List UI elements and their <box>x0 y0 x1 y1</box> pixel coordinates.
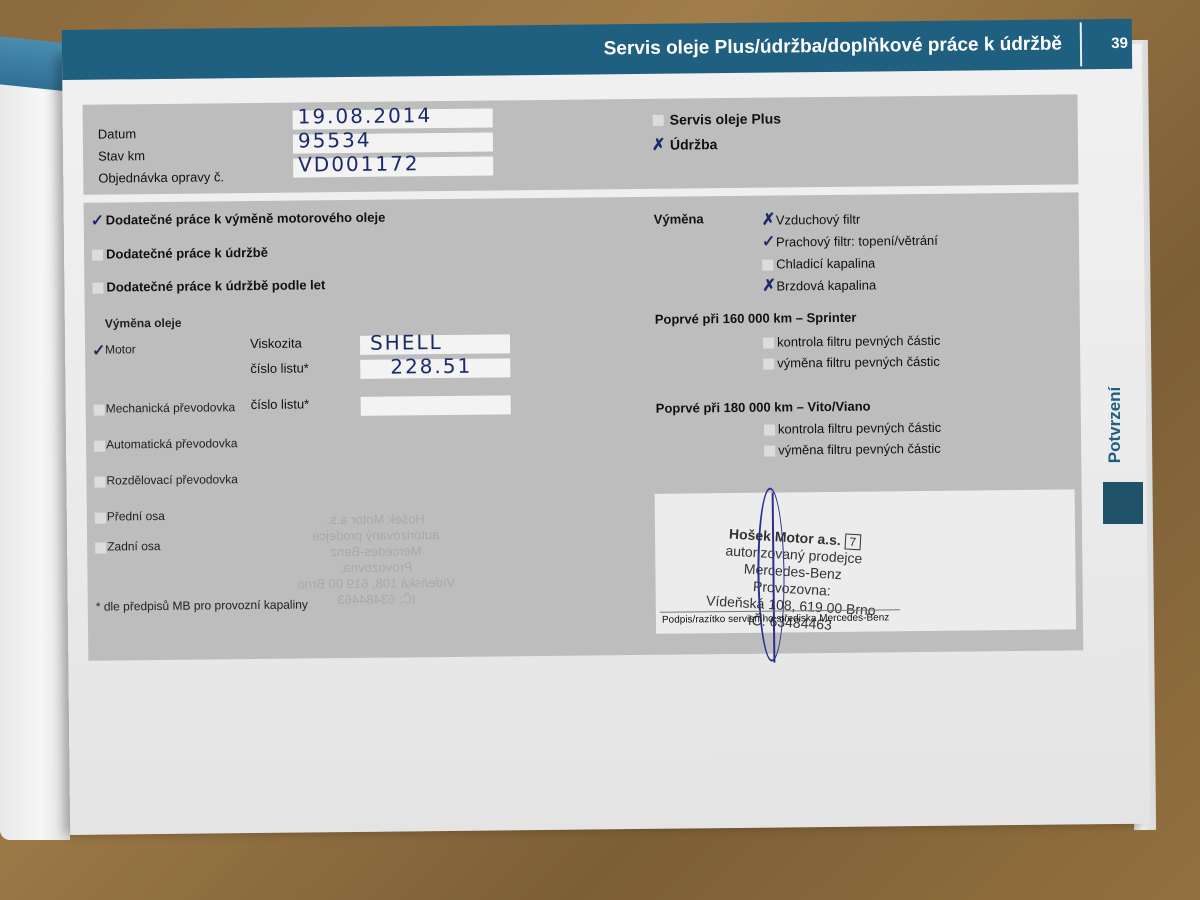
checkmark-icon[interactable]: ✓ <box>762 236 776 250</box>
sheet-value: 228.51 <box>390 357 472 377</box>
checkmark-icon[interactable]: ✓ <box>91 215 105 229</box>
gearbox-sheet-field[interactable] <box>361 395 511 416</box>
side-tab-marker <box>1103 482 1143 524</box>
brake-fluid-label: Brzdová kapalina <box>776 277 876 293</box>
front-axle-label: Přední osa <box>107 509 165 524</box>
sheet-label: číslo listu* <box>250 360 309 376</box>
viscosity-label: Viskozita <box>250 336 302 352</box>
additional-work-maintenance-label: Dodatečné práce k údržbě <box>106 245 268 262</box>
coolant-label: Chladicí kapalina <box>776 255 875 271</box>
checkmark-icon[interactable]: ✗ <box>762 280 776 294</box>
checkbox-additional-maintenance[interactable] <box>92 250 103 261</box>
cabin-filter-label: Prachový filtr: topení/větrání <box>776 233 938 250</box>
transfer-case-label: Rozdělovací převodovka <box>106 472 238 487</box>
side-tab-label: Potvrzení <box>1105 387 1125 464</box>
oil-change-title: Výměna oleje <box>105 316 182 331</box>
checkbox-vito-dpf-check[interactable] <box>764 425 775 436</box>
left-page <box>0 60 70 840</box>
date-label: Datum <box>98 126 136 141</box>
udrzba-label: Údržba <box>670 136 718 152</box>
order-label: Objednávka opravy č. <box>98 169 224 185</box>
stamp-box-number: 7 <box>844 533 861 550</box>
footnote: * dle předpisů MB pro provozní kapaliny <box>96 597 308 613</box>
checkbox-vito-dpf-replace[interactable] <box>764 446 775 457</box>
left-page-header-strip <box>0 36 70 91</box>
replacement-title: Výměna <box>654 211 704 227</box>
additional-work-years-label: Dodatečné práce k údržbě podle let <box>106 277 325 294</box>
checkmark-icon[interactable]: ✓ <box>92 345 106 359</box>
page-title: Servis oleje Plus/údržba/doplňkové práce… <box>603 25 1062 70</box>
mechanical-gearbox-label: Mechanická převodovka <box>106 400 236 415</box>
checkmark-icon[interactable]: ✗ <box>652 139 666 153</box>
mileage-value: 95534 <box>298 131 372 151</box>
checkbox-sprinter-dpf-check[interactable] <box>763 338 774 349</box>
sprinter-dpf-check-label: kontrola filtru pevných částic <box>777 333 940 350</box>
sprinter-title: Poprvé při 160 000 km – Sprinter <box>655 310 857 327</box>
automatic-gearbox-label: Automatická převodovka <box>106 436 238 451</box>
servis-oleje-plus-label: Servis oleje Plus <box>670 110 781 127</box>
checkbox-coolant[interactable] <box>762 260 773 271</box>
checkbox-transfer-case[interactable] <box>94 477 105 488</box>
mileage-label: Stav km <box>98 148 145 163</box>
manual-page: Servis oleje Plus/údržba/doplňkové práce… <box>62 44 1150 835</box>
order-value: VD001172 <box>298 154 420 174</box>
vito-dpf-check-label: kontrola filtru pevných částic <box>778 420 941 437</box>
viscosity-value: SHELL <box>370 333 443 353</box>
motor-label: Motor <box>105 342 136 356</box>
checkbox-automatic-gearbox[interactable] <box>94 441 105 452</box>
vito-dpf-replace-label: výměna filtru pevných částic <box>778 441 941 458</box>
checkbox-additional-maintenance-years[interactable] <box>92 283 103 294</box>
additional-work-oil-label: Dodatečné práce k výměně motorového olej… <box>106 210 386 228</box>
checkbox-sprinter-dpf-replace[interactable] <box>763 359 774 370</box>
checkbox-mechanical-gearbox[interactable] <box>94 405 105 416</box>
date-value: 19.08.2014 <box>298 106 433 126</box>
sprinter-dpf-replace-label: výměna filtru pevných částic <box>777 354 940 371</box>
top-panel <box>83 94 1079 194</box>
vito-title: Poprvé při 180 000 km – Vito/Viano <box>656 399 871 416</box>
air-filter-label: Vzduchový filtr <box>776 212 861 228</box>
stamp-bleed-through: Hošek Motor a.s.autorizovaný prodejceMer… <box>297 511 456 609</box>
checkbox-front-axle[interactable] <box>95 513 106 524</box>
checkbox-servis-oleje-plus[interactable] <box>653 115 664 126</box>
checkbox-rear-axle[interactable] <box>95 543 106 554</box>
side-tab[interactable]: Potvrzení <box>1100 370 1130 480</box>
sheet-label-gearbox: číslo listu* <box>251 396 310 412</box>
rear-axle-label: Zadní osa <box>107 539 161 554</box>
page-number: 39 <box>1111 24 1128 64</box>
checkmark-icon[interactable]: ✗ <box>762 214 776 228</box>
